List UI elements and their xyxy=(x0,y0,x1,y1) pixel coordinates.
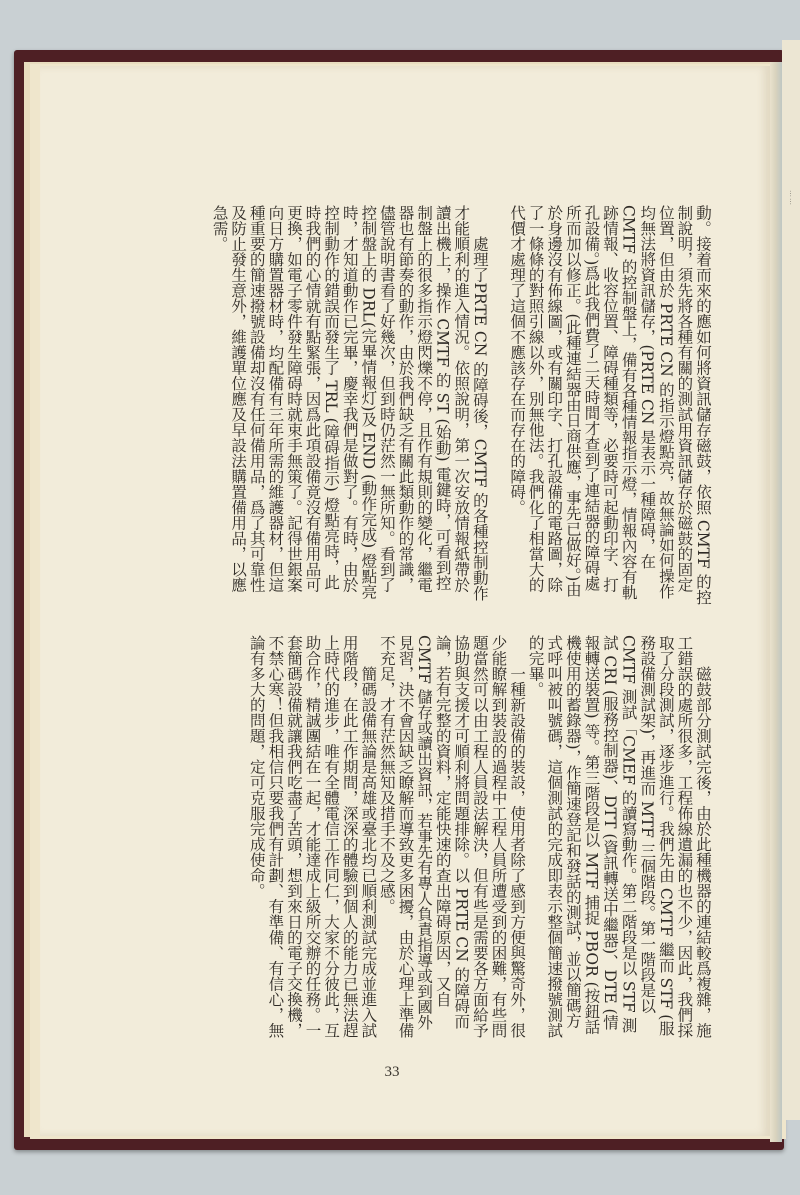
paragraph: 磁鼓部分測試完後，由於此種機器的連結較爲複雜，施工錯誤的處所很多，工程佈線遺漏的… xyxy=(526,635,712,1040)
bottom-section: 磁鼓部分測試完後，由於此種機器的連結較爲複雜，施工錯誤的處所很多，工程佈線遺漏的… xyxy=(80,635,712,1040)
book-gutter xyxy=(770,62,782,1142)
top-section: 動。接着而來的應如何將資訊儲存磁鼓，依照 CMTF 的控制說明，須先將各種有關的… xyxy=(80,205,712,605)
adjacent-page-text: …… xyxy=(786,190,796,206)
paragraph: 一種新設備的裝設，使用者除了感到方便與驚奇外，很少能瞭解到裝設的過程中工程人員所… xyxy=(377,635,526,1040)
page-body: 動。接着而來的應如何將資訊儲存磁鼓，依照 CMTF 的控制說明，須先將各種有關的… xyxy=(80,205,712,1035)
page-number: 33 xyxy=(372,1064,412,1081)
paragraph: 簡碼設備無論是高雄或臺北均已順利測試完成並進入試用階段，在此工作期間，深深的體驗… xyxy=(247,635,377,1040)
paragraph: 處理了PRTE CN 的障碍後，CMTF 的各種控制動作才能順利的進入情況。依照… xyxy=(210,205,489,605)
paragraph: 動。接着而來的應如何將資訊儲存磁鼓，依照 CMTF 的控制說明，須先將各種有關的… xyxy=(507,205,712,605)
